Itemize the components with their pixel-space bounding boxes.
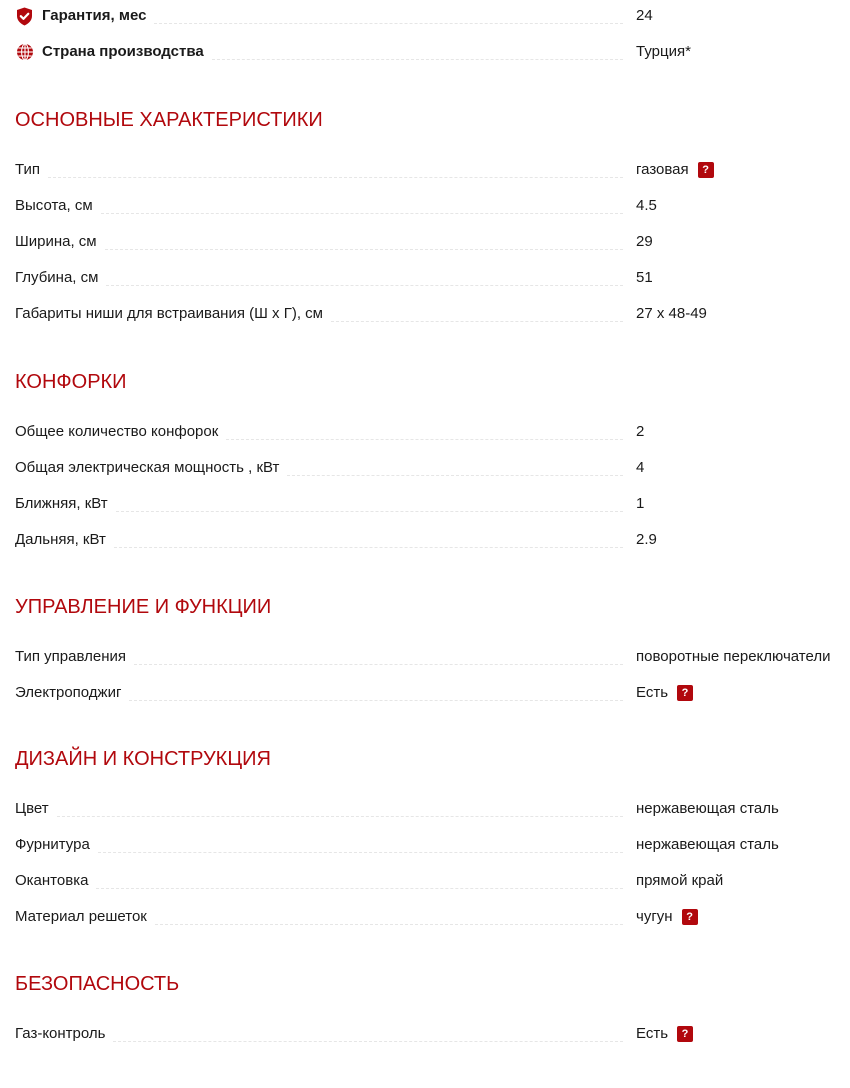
spec-label: Высота, см bbox=[15, 195, 101, 217]
dotted-leader bbox=[96, 888, 623, 889]
spec-label: Фурнитура bbox=[15, 834, 98, 856]
dotted-leader bbox=[114, 547, 623, 548]
spec-value: Есть? bbox=[636, 1023, 693, 1045]
spec-value: 29 bbox=[636, 231, 653, 253]
spec-value: прямой край bbox=[636, 870, 723, 892]
help-icon[interactable]: ? bbox=[682, 909, 698, 925]
spec-row: Дальняя, кВт 2.9 bbox=[15, 524, 850, 560]
spec-label: Ближняя, кВт bbox=[15, 493, 116, 515]
spec-label: Электроподжиг bbox=[15, 682, 129, 704]
spec-label: Тип bbox=[15, 159, 48, 181]
section-title: УПРАВЛЕНИЕ И ФУНКЦИИ bbox=[15, 595, 850, 619]
section-title: БЕЗОПАСНОСТЬ bbox=[15, 972, 850, 996]
dotted-leader bbox=[57, 816, 623, 817]
help-icon[interactable]: ? bbox=[677, 685, 693, 701]
spec-label: Страна производства bbox=[42, 41, 212, 63]
dotted-leader bbox=[134, 664, 623, 665]
section-controls: УПРАВЛЕНИЕ И ФУНКЦИИ Тип управления пово… bbox=[15, 595, 850, 619]
spec-row-country: Страна производства Турция* bbox=[15, 36, 850, 72]
spec-row: Высота, см 4.5 bbox=[15, 190, 850, 226]
spec-value: нержавеющая сталь bbox=[636, 798, 779, 820]
section-title: ДИЗАЙН И КОНСТРУКЦИЯ bbox=[15, 747, 850, 771]
shield-check-icon bbox=[15, 7, 34, 26]
spec-row: Общая электрическая мощность , кВт 4 bbox=[15, 452, 850, 488]
dotted-leader bbox=[98, 852, 623, 853]
spec-row: Фурнитура нержавеющая сталь bbox=[15, 829, 850, 865]
help-icon[interactable]: ? bbox=[677, 1026, 693, 1042]
spec-value: 24 bbox=[636, 5, 653, 27]
spec-label: Газ-контроль bbox=[15, 1023, 113, 1045]
dotted-leader bbox=[101, 213, 623, 214]
dotted-leader bbox=[129, 700, 623, 701]
spec-value: газовая? bbox=[636, 159, 714, 181]
globe-icon bbox=[15, 43, 34, 62]
spec-label: Общее количество конфорок bbox=[15, 421, 226, 443]
section-safety: БЕЗОПАСНОСТЬ Газ-контроль Есть? bbox=[15, 972, 850, 996]
spec-row: Ширина, см 29 bbox=[15, 226, 850, 262]
spec-row: Цвет нержавеющая сталь bbox=[15, 793, 850, 829]
spec-value: нержавеющая сталь bbox=[636, 834, 779, 856]
spec-value: Турция* bbox=[636, 41, 691, 63]
spec-label: Ширина, см bbox=[15, 231, 105, 253]
spec-label: Тип управления bbox=[15, 646, 134, 668]
spec-row: Газ-контроль Есть? bbox=[15, 1018, 850, 1054]
dotted-leader bbox=[226, 439, 623, 440]
spec-value: Есть? bbox=[636, 682, 693, 704]
dotted-leader bbox=[212, 59, 623, 60]
spec-value: поворотные переключатели bbox=[636, 646, 830, 668]
spec-value: 1 bbox=[636, 493, 644, 515]
spec-value: 4 bbox=[636, 457, 644, 479]
section-title: КОНФОРКИ bbox=[15, 370, 850, 394]
dotted-leader bbox=[106, 285, 623, 286]
dotted-leader bbox=[331, 321, 623, 322]
spec-value: чугун? bbox=[636, 906, 698, 928]
section-design: ДИЗАЙН И КОНСТРУКЦИЯ Цвет нержавеющая ст… bbox=[15, 747, 850, 771]
spec-row: Электроподжиг Есть? bbox=[15, 677, 850, 713]
spec-label: Цвет bbox=[15, 798, 57, 820]
spec-value: 4.5 bbox=[636, 195, 657, 217]
spec-value: 2.9 bbox=[636, 529, 657, 551]
dotted-leader bbox=[105, 249, 623, 250]
section-title: ОСНОВНЫЕ ХАРАКТЕРИСТИКИ bbox=[15, 108, 850, 132]
spec-row: Материал решеток чугун? bbox=[15, 901, 850, 937]
spec-row: Ближняя, кВт 1 bbox=[15, 488, 850, 524]
spec-label: Глубина, см bbox=[15, 267, 106, 289]
dotted-leader bbox=[48, 177, 623, 178]
spec-row: Тип газовая? bbox=[15, 154, 850, 190]
dotted-leader bbox=[287, 475, 623, 476]
section-main-characteristics: ОСНОВНЫЕ ХАРАКТЕРИСТИКИ Тип газовая? Выс… bbox=[15, 108, 850, 132]
spec-row-warranty: Гарантия, мес 24 bbox=[15, 0, 850, 36]
spec-row: Тип управления поворотные переключатели bbox=[15, 641, 850, 677]
spec-row: Глубина, см 51 bbox=[15, 262, 850, 298]
spec-label: Материал решеток bbox=[15, 906, 155, 928]
spec-row: Габариты ниши для встраивания (Ш х Г), с… bbox=[15, 298, 850, 334]
spec-label: Окантовка bbox=[15, 870, 96, 892]
spec-row: Окантовка прямой край bbox=[15, 865, 850, 901]
dotted-leader bbox=[116, 511, 623, 512]
spec-value: 2 bbox=[636, 421, 644, 443]
section-burners: КОНФОРКИ Общее количество конфорок 2 Общ… bbox=[15, 370, 850, 394]
dotted-leader bbox=[155, 924, 623, 925]
spec-label: Габариты ниши для встраивания (Ш х Г), с… bbox=[15, 303, 331, 325]
dotted-leader bbox=[154, 23, 623, 24]
spec-row: Общее количество конфорок 2 bbox=[15, 416, 850, 452]
spec-label: Гарантия, мес bbox=[42, 5, 154, 27]
spec-value: 27 x 48-49 bbox=[636, 303, 707, 325]
dotted-leader bbox=[113, 1041, 623, 1042]
spec-label: Дальняя, кВт bbox=[15, 529, 114, 551]
spec-value: 51 bbox=[636, 267, 653, 289]
help-icon[interactable]: ? bbox=[698, 162, 714, 178]
spec-label: Общая электрическая мощность , кВт bbox=[15, 457, 287, 479]
